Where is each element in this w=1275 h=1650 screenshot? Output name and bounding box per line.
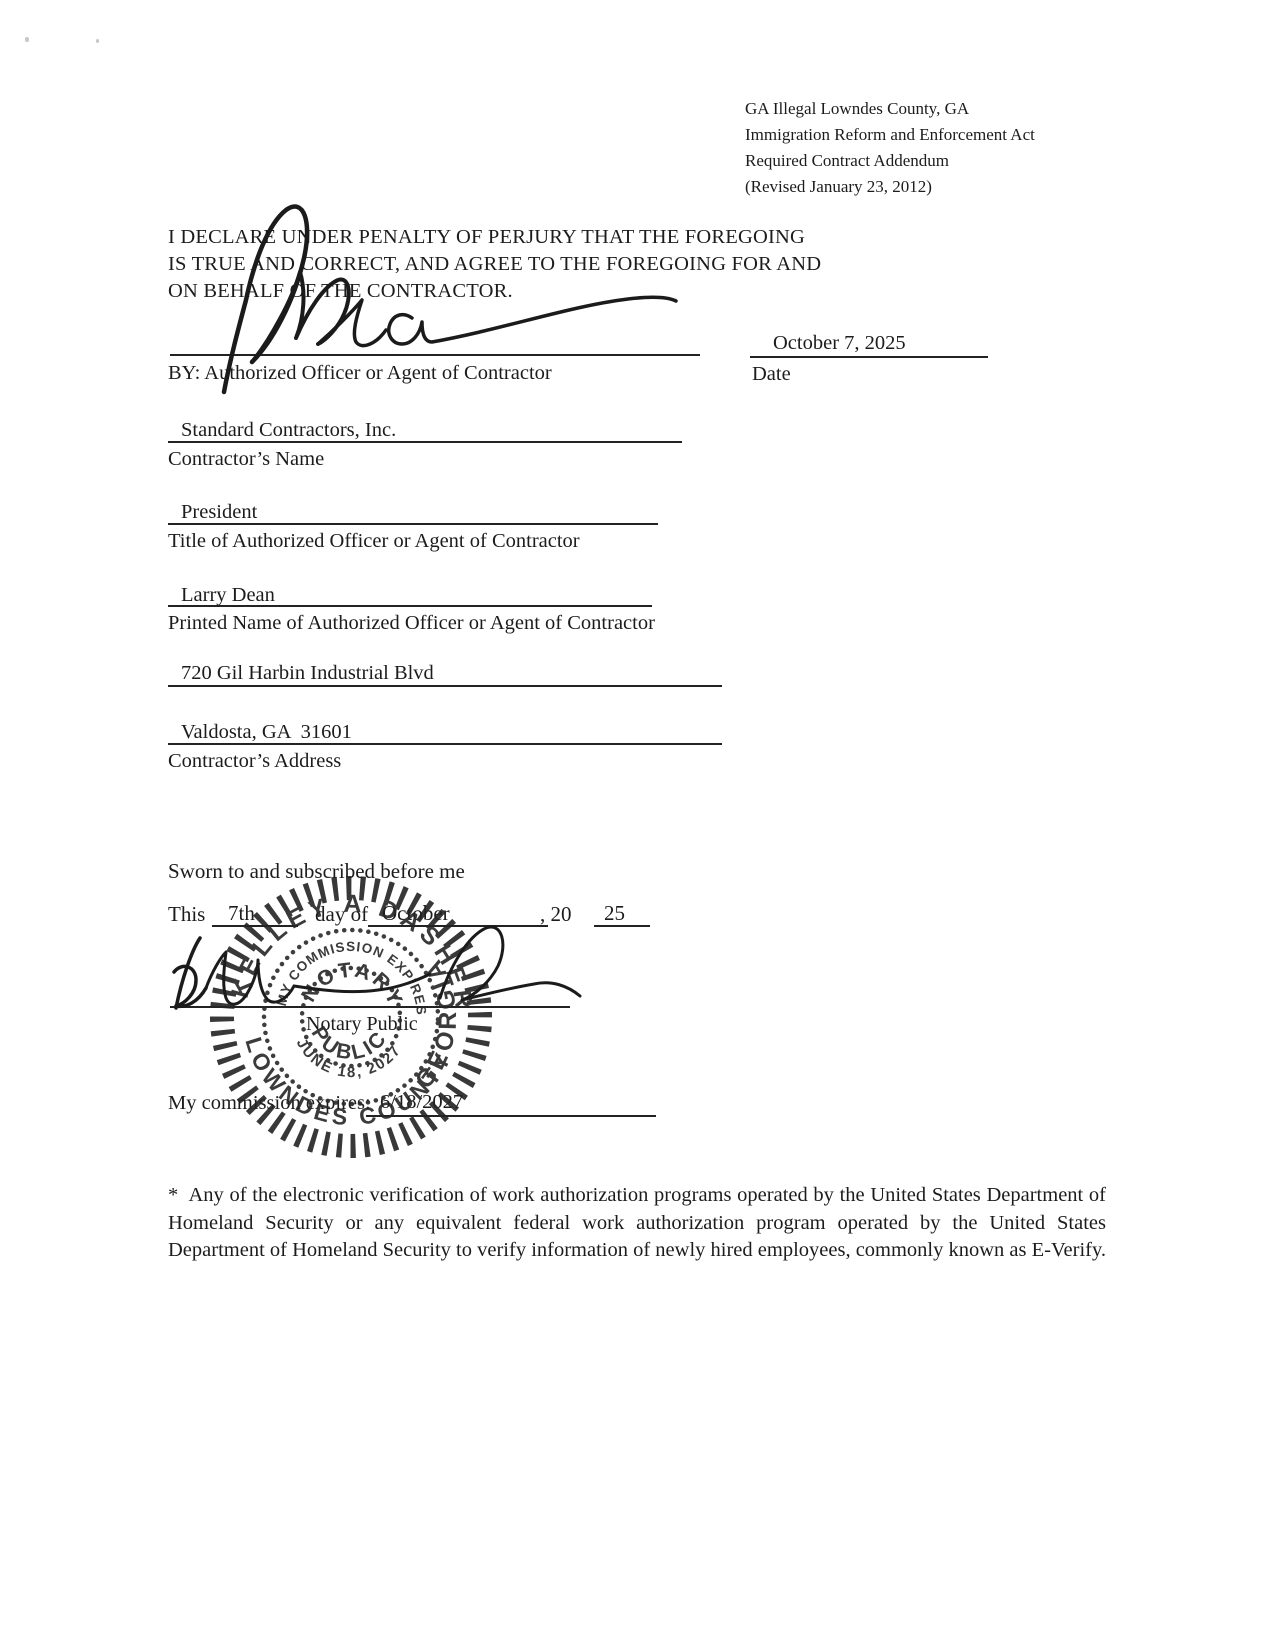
street-address-line xyxy=(168,685,722,687)
city-state-zip-value: Valdosta, GA 31601 xyxy=(181,720,352,746)
contractor-address-label: Contractor’s Address xyxy=(168,749,341,775)
address-line xyxy=(168,743,722,745)
header-line: Immigration Reform and Enforcement Act xyxy=(745,122,1035,148)
notary-signature-handwriting xyxy=(160,915,600,1025)
everify-footnote: * Any of the electronic verification of … xyxy=(168,1182,1106,1265)
title-value: President xyxy=(181,500,257,526)
scan-speck xyxy=(25,37,29,42)
date-line xyxy=(750,356,988,358)
year-value: 25 xyxy=(604,900,625,926)
scan-speck xyxy=(96,39,99,43)
scanned-document-page: GA Illegal Lowndes County, GA Immigratio… xyxy=(0,0,1275,1650)
contractor-signature-handwriting xyxy=(150,185,730,400)
date-label: Date xyxy=(752,362,791,388)
document-header: GA Illegal Lowndes County, GA Immigratio… xyxy=(745,96,1035,200)
contractor-name-label: Contractor’s Name xyxy=(168,447,324,473)
header-line: Required Contract Addendum xyxy=(745,148,1035,174)
date-value: October 7, 2025 xyxy=(773,331,906,357)
contractor-name-value: Standard Contractors, Inc. xyxy=(181,418,396,444)
header-line: GA Illegal Lowndes County, GA xyxy=(745,96,1035,122)
title-label: Title of Authorized Officer or Agent of … xyxy=(168,529,580,555)
street-address-value: 720 Gil Harbin Industrial Blvd xyxy=(181,661,434,687)
contractor-name-line xyxy=(168,441,682,443)
printed-name-line xyxy=(168,605,652,607)
title-line xyxy=(168,523,658,525)
printed-name-label: Printed Name of Authorized Officer or Ag… xyxy=(168,611,655,637)
header-line: (Revised January 23, 2012) xyxy=(745,174,1035,200)
